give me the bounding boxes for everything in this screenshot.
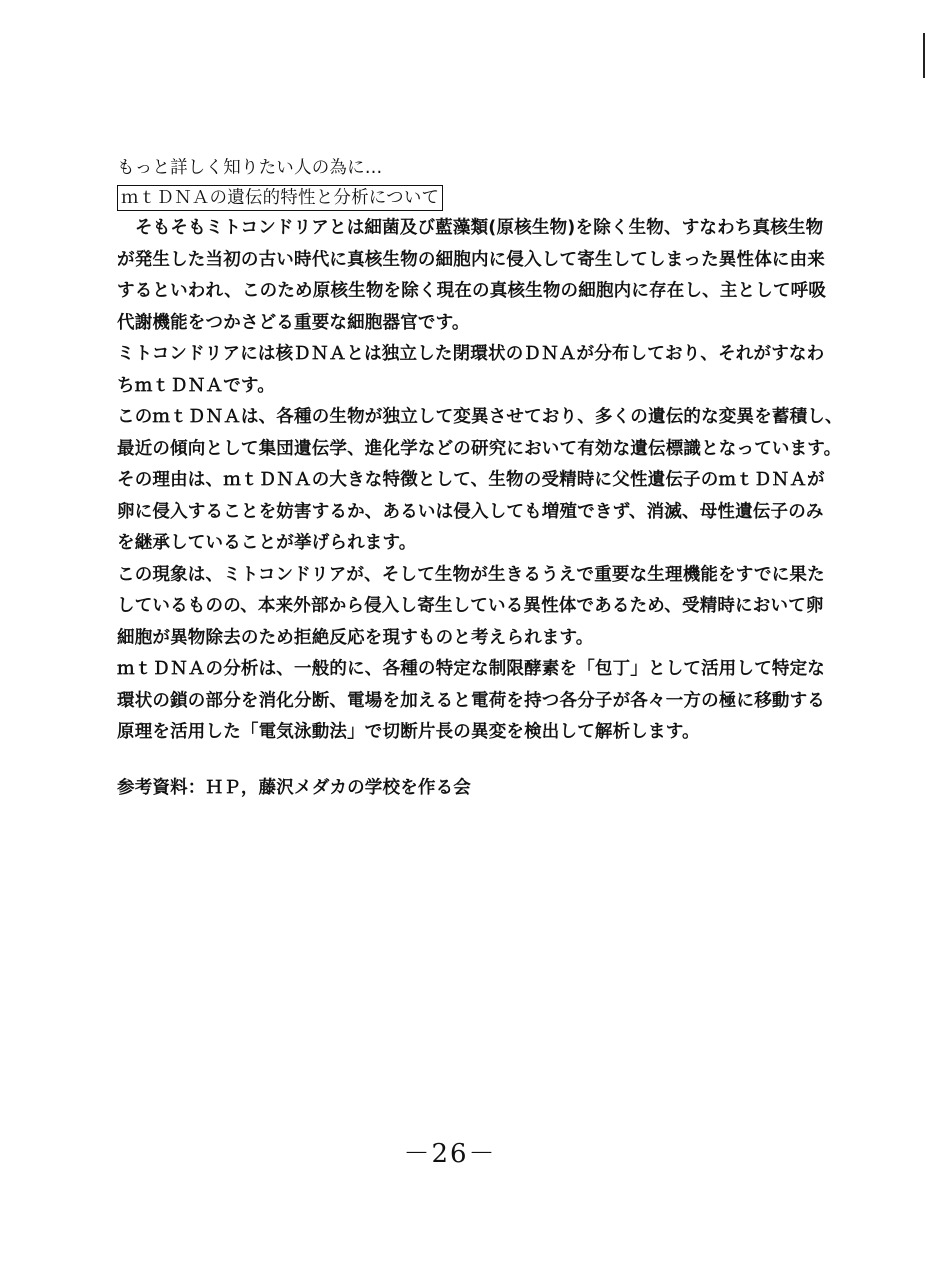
paragraph-line: 最近の傾向として集団遺伝学、進化学などの研究において有効な遺伝標識となっています… bbox=[117, 434, 857, 466]
paragraph-line: するといわれ、このため原核生物を除く現在の真核生物の細胞内に存在し、主として呼吸 bbox=[117, 276, 857, 308]
paragraph-line: 環状の鎖の部分を消化分断、電場を加えると電荷を持つ各分子が各々一方の極に移動する bbox=[117, 686, 857, 718]
paragraph-line: が発生した当初の古い時代に真核生物の細胞内に侵入して寄生してしまった異性体に由来 bbox=[117, 245, 857, 277]
paragraph-line: しているものの、本来外部から侵入し寄生している異性体であるため、受精時において卵 bbox=[117, 591, 857, 623]
paragraph-line: その理由は、ｍｔＤＮＡの大きな特徴として、生物の受精時に父性遺伝子のｍｔＤＮＡが bbox=[117, 465, 857, 497]
paragraph-line: この現象は、ミトコンドリアが、そして生物が生きるうえで重要な生理機能をすでに果た bbox=[117, 560, 857, 592]
paragraph-line: 細胞が異物除去のため拒絶反応を現すものと考えられます。 bbox=[117, 623, 857, 655]
paragraph-line: 代謝機能をつかさどる重要な細胞器官です。 bbox=[117, 308, 857, 340]
paragraph-line: このｍｔＤＮＡは、各種の生物が独立して変異させており、多くの遺伝的な変異を蓄積し… bbox=[117, 402, 857, 434]
paragraph-line: ちｍｔＤＮＡです。 bbox=[117, 371, 857, 403]
paragraph-line: ミトコンドリアには核ＤＮＡとは独立した閉環状のＤＮＡが分布しており、それがすなわ bbox=[117, 339, 857, 371]
document-page: もっと詳しく知りたい人の為に… ｍｔＤＮＡの遺伝的特性と分析について そもそもミ… bbox=[0, 0, 925, 1280]
section-title: ｍｔＤＮＡの遺伝的特性と分析について bbox=[117, 185, 443, 211]
spacer bbox=[117, 749, 857, 773]
paragraph-line: を継承していることが挙げられます。 bbox=[117, 528, 857, 560]
reference-text: 参考資料：ＨＰ，藤沢メダカの学校を作る会 bbox=[117, 773, 857, 805]
paragraph-line: 卵に侵入することを妨害するか、あるいは侵入しても増殖できず、消滅、母性遺伝子のみ bbox=[117, 497, 857, 529]
section-title-row: ｍｔＤＮＡの遺伝的特性と分析について bbox=[117, 183, 857, 213]
document-body: もっと詳しく知りたい人の為に… ｍｔＤＮＡの遺伝的特性と分析について そもそもミ… bbox=[117, 153, 857, 804]
paragraph-line: そもそもミトコンドリアとは細菌及び藍藻類(原核生物)を除く生物、すなわち真核生物 bbox=[117, 213, 857, 245]
paragraph-line: ｍｔＤＮＡの分析は、一般的に、各種の特定な制限酵素を「包丁」として活用して特定な bbox=[117, 654, 857, 686]
paragraph-line: 原理を活用した「電気泳動法」で切断片長の異変を検出して解析します。 bbox=[117, 717, 857, 749]
page-number: －26－ bbox=[400, 1133, 500, 1170]
intro-text: もっと詳しく知りたい人の為に… bbox=[117, 153, 857, 183]
